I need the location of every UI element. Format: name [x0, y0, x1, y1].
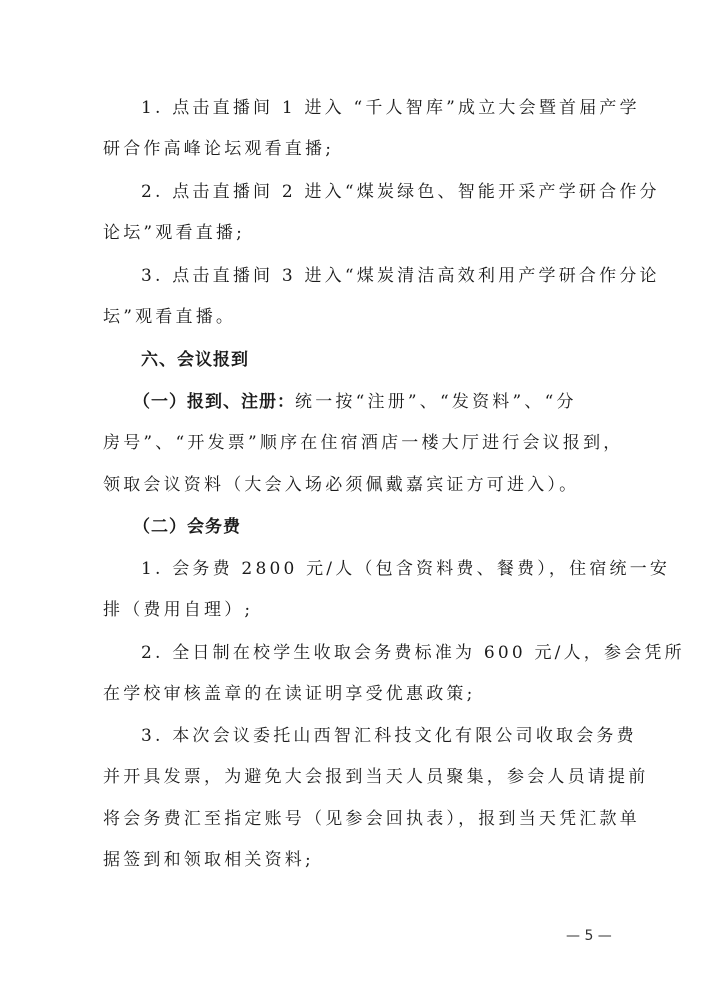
subsection-label: （一）报到、注册： [133, 392, 295, 412]
section-heading: 六、会议报到 [141, 350, 249, 370]
paragraph-line: 2. 点击直播间 2 进入“煤炭绿色、智能开采产学研合作分 [141, 182, 660, 202]
paragraph-line: 1. 会务费 2800 元/人（包含资料费、餐费），住宿统一安 [141, 559, 670, 579]
paragraph-line: 研合作高峰论坛观看直播; [103, 139, 334, 159]
paragraph-line: 论坛”观看直播; [103, 223, 245, 243]
paragraph-line: 3. 点击直播间 3 进入“煤炭清洁高效利用产学研合作分论 [141, 266, 660, 286]
paragraph-line: 并开具发票，为避免大会报到当天人员聚集，参会人员请提前 [103, 767, 648, 787]
paragraph-line: 排（费用自理）; [103, 600, 253, 620]
paragraph-line: （一）报到、注册：统一按“注册”、“发资料”、“分 [133, 392, 577, 412]
paragraph-text: 统一按“注册”、“发资料”、“分 [295, 392, 577, 412]
paragraph-line: 3. 本次会议委托山西智汇科技文化有限公司收取会务费 [141, 726, 637, 746]
paragraph-line: 将会务费汇至指定账号（见参会回执表），报到当天凭汇款单 [103, 809, 640, 829]
page-number: — 5 — [566, 928, 612, 944]
paragraph-line: 在学校审核盖章的在读证明享受优惠政策; [103, 684, 476, 704]
paragraph-line: 领取会议资料（大会入场必须佩戴嘉宾证方可进入）。 [103, 475, 579, 495]
paragraph-line: 据签到和领取相关资料; [103, 850, 314, 870]
paragraph-line: 坛”观看直播。 [103, 307, 236, 327]
paragraph-line: 1. 点击直播间 1 进入 “千人智库”成立大会暨首届产学 [141, 98, 640, 118]
paragraph-line: 房号”、“开发票”顺序在住宿酒店一楼大厅进行会议报到， [103, 433, 623, 453]
paragraph-line: 2. 全日制在校学生收取会务费标准为 600 元/人，参会凭所 [141, 643, 685, 663]
subsection-heading: （二）会务费 [133, 517, 241, 537]
